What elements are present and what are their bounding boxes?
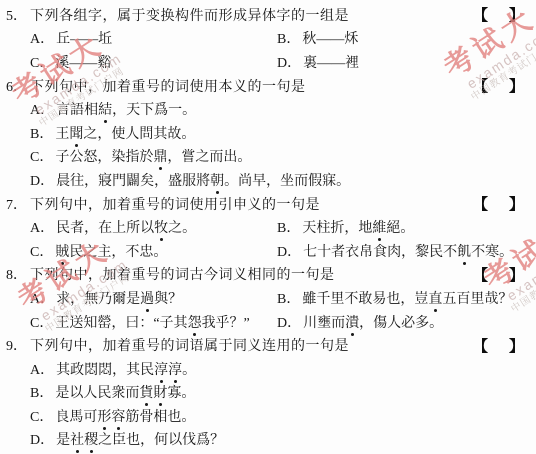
answer-bracket-open: 【 — [473, 75, 488, 96]
option-text: 雖千里不敢易也，豈直五百里哉？ — [302, 288, 512, 308]
option-label: D． — [277, 241, 301, 261]
option-text: 賊民之主，不忠。 — [55, 241, 167, 261]
option: D．裏——裡 — [277, 52, 359, 72]
emphasized-char: 社 — [70, 429, 84, 449]
option: D．川壅而潰，傷人必多。 — [277, 312, 443, 332]
answer-bracket-close: 】 — [509, 335, 524, 356]
options-row: C．王送知罃，曰：“子其怨我乎？”D．川壅而潰，傷人必多。 — [30, 310, 536, 334]
emphasized-char: 朝 — [210, 170, 224, 190]
option-label: A． — [30, 28, 54, 48]
question-stem-line: 6．下列句中，加着重号的词使用本义的一句是【】 — [6, 74, 536, 98]
option: C．賊民之主，不忠。 — [30, 241, 277, 261]
option-text: 子公怒，染指於鼎，嘗之而出。 — [55, 146, 251, 166]
emphasized-char: 聞 — [69, 123, 83, 143]
options-row: A．求，無乃爾是過與？B．雖千里不敢易也，豈直五百里哉？ — [30, 286, 536, 310]
option: B．天柱折，地維絕。 — [277, 217, 414, 237]
emphasized-char: 潰 — [345, 312, 359, 332]
option-text: 其政悶悶，其民淳淳。 — [56, 359, 196, 379]
option: A．其政悶悶，其民淳淳。 — [30, 359, 277, 379]
options-row: A．丘——坵B．秋——秌 — [30, 27, 536, 51]
option-text: 溪——谿 — [55, 52, 111, 72]
option: A．民者，在上所以牧之。 — [30, 217, 277, 237]
emphasized-char: 結 — [98, 99, 112, 119]
answer-bracket-close: 】 — [509, 4, 524, 25]
option: B．是以人民衆而貨財寡。 — [30, 382, 277, 402]
option: B．雖千里不敢易也，豈直五百里哉？ — [277, 288, 512, 308]
option-label: C． — [30, 52, 53, 72]
answer-bracket: 【】 — [473, 3, 524, 27]
option-text: 言語相結，天下爲一。 — [56, 99, 196, 119]
emphasized-char: 容 — [111, 406, 125, 426]
option-label: B． — [277, 288, 300, 308]
answer-bracket: 【】 — [473, 74, 524, 98]
options-row: C．子公怒，染指於鼎，嘗之而出。 — [30, 145, 536, 169]
option-text: 天柱折，地維絕。 — [302, 217, 414, 237]
question-stem-line: 8．下列句中，加着重号的词古今词义相同的一句是【】 — [6, 263, 536, 287]
option-label: B． — [277, 28, 300, 48]
answer-bracket-close: 】 — [509, 193, 524, 214]
emphasized-char: 牧 — [154, 217, 168, 237]
option-text: 是以人民衆而貨財寡。 — [55, 382, 195, 402]
emphasized-char: 怨 — [188, 312, 202, 332]
option-label: A． — [30, 359, 54, 379]
options-row: B．王聞之，使人問其故。 — [30, 121, 536, 145]
answer-bracket-open: 【 — [473, 193, 488, 214]
option-text: 秋——秌 — [302, 28, 358, 48]
exam-questions: 5．下列各组字，属于变换构件而形成异体字的一组是【】A．丘——坵B．秋——秌C．… — [0, 0, 536, 454]
question-stem: 下列句中，加着重号的词语属于同义连用的一句是 — [30, 335, 349, 355]
question-number: 9． — [6, 335, 30, 355]
option-label: A． — [30, 99, 54, 119]
option: C．溪——谿 — [30, 52, 277, 72]
question-number: 8． — [6, 264, 30, 284]
option: D．晨往，寢門闢矣，盛服將朝。尚早，坐而假寐。 — [30, 170, 350, 190]
question-number: 7． — [6, 194, 30, 214]
option: A．言語相結，天下爲一。 — [30, 99, 277, 119]
answer-bracket: 【】 — [473, 192, 524, 216]
option-text: 民者，在上所以牧之。 — [56, 217, 196, 237]
option-text: 七十者衣帛食肉，黎民不飢不寒。 — [303, 241, 513, 261]
option-text: 裏——裡 — [303, 52, 359, 72]
option: C．良馬可形容筋骨相也。 — [30, 406, 277, 426]
options-row: D．是社稷之臣也，何以伐爲？ — [30, 428, 536, 452]
option-text: 晨往，寢門闢矣，盛服將朝。尚早，坐而假寐。 — [56, 170, 350, 190]
answer-bracket: 【】 — [473, 333, 524, 357]
exam-page: { "page": { "background": "#fdfdfd", "te… — [0, 0, 536, 454]
option: B．秋——秌 — [277, 28, 358, 48]
emphasized-char: 淳 — [168, 359, 182, 379]
option-label: D． — [277, 52, 301, 72]
option-label: D． — [30, 170, 54, 190]
question-number: 5． — [6, 5, 30, 25]
option-label: B． — [30, 382, 53, 402]
question-stem: 下列句中，加着重号的词使用引申义的一句是 — [30, 194, 320, 214]
emphasized-char: 直 — [428, 288, 442, 308]
option-text: 丘——坵 — [56, 28, 112, 48]
option: B．王聞之，使人問其故。 — [30, 123, 277, 143]
question-stem-line: 9．下列句中，加着重号的词语属于同义连用的一句是【】 — [6, 333, 536, 357]
emphasized-char: 稷 — [84, 429, 98, 449]
question-number: 6． — [6, 76, 30, 96]
option-text: 是社稷之臣也，何以伐爲？ — [56, 429, 224, 449]
question-stem: 下列各组字，属于变换构件而形成异体字的一组是 — [30, 5, 349, 25]
option: A．丘——坵 — [30, 28, 277, 48]
answer-bracket-close: 】 — [509, 75, 524, 96]
emphasized-char: 淳 — [154, 359, 168, 379]
options-row: C．良馬可形容筋骨相也。 — [30, 404, 536, 428]
emphasized-char: 鼎 — [153, 146, 167, 166]
option-label: C． — [30, 312, 53, 332]
option-text: 求，無乃爾是過與？ — [56, 288, 182, 308]
options-row: C．溪——谿D．裏——裡 — [30, 50, 536, 74]
option: C．子公怒，染指於鼎，嘗之而出。 — [30, 146, 277, 166]
option-text: 王聞之，使人問其故。 — [55, 123, 195, 143]
option-label: C． — [30, 241, 53, 261]
option-label: B． — [277, 217, 300, 237]
option-text: 川壅而潰，傷人必多。 — [303, 312, 443, 332]
emphasized-char: 財 — [153, 382, 167, 402]
emphasized-char: 飢 — [457, 241, 471, 261]
answer-bracket-open: 【 — [473, 4, 488, 25]
options-row: D．晨往，寢門闢矣，盛服將朝。尚早，坐而假寐。 — [30, 168, 536, 192]
question-stem: 下列句中，加着重号的词使用本义的一句是 — [30, 76, 306, 96]
options-row: A．其政悶悶，其民淳淳。 — [30, 357, 536, 381]
option: A．求，無乃爾是過與？ — [30, 288, 277, 308]
emphasized-char: 賊 — [55, 241, 69, 261]
options-row: B．是以人民衆而貨財寡。 — [30, 381, 536, 405]
answer-bracket: 【】 — [473, 263, 524, 287]
option-label: A． — [30, 217, 54, 237]
option-label: B． — [30, 123, 53, 143]
option: C．王送知罃，曰：“子其怨我乎？” — [30, 312, 277, 332]
option: D．七十者衣帛食肉，黎民不飢不寒。 — [277, 241, 513, 261]
emphasized-char: 形 — [97, 406, 111, 426]
emphasized-char: 貨 — [139, 382, 153, 402]
question-stem-line: 5．下列各组字，属于变换构件而形成异体字的一组是【】 — [6, 3, 536, 27]
option-label: C． — [30, 406, 53, 426]
emphasized-char: 維 — [372, 217, 386, 237]
options-row: C．賊民之主，不忠。D．七十者衣帛食肉，黎民不飢不寒。 — [30, 239, 536, 263]
option-label: D． — [277, 312, 301, 332]
option-label: D． — [30, 429, 54, 449]
option-text: 良馬可形容筋骨相也。 — [55, 406, 195, 426]
option-label: A． — [30, 288, 54, 308]
option-label: C． — [30, 146, 53, 166]
answer-bracket-open: 【 — [473, 264, 488, 285]
question-stem: 下列句中，加着重号的词古今词义相同的一句是 — [30, 264, 335, 284]
question-stem-line: 7．下列句中，加着重号的词使用引申义的一句是【】 — [6, 192, 536, 216]
option: D．是社稷之臣也，何以伐爲？ — [30, 429, 277, 449]
answer-bracket-close: 】 — [509, 264, 524, 285]
options-row: A．言語相結，天下爲一。 — [30, 97, 536, 121]
option-text: 王送知罃，曰：“子其怨我乎？” — [55, 312, 249, 332]
answer-bracket-open: 【 — [473, 335, 488, 356]
emphasized-char: 過 — [140, 288, 154, 308]
options-row: A．民者，在上所以牧之。B．天柱折，地維絕。 — [30, 215, 536, 239]
